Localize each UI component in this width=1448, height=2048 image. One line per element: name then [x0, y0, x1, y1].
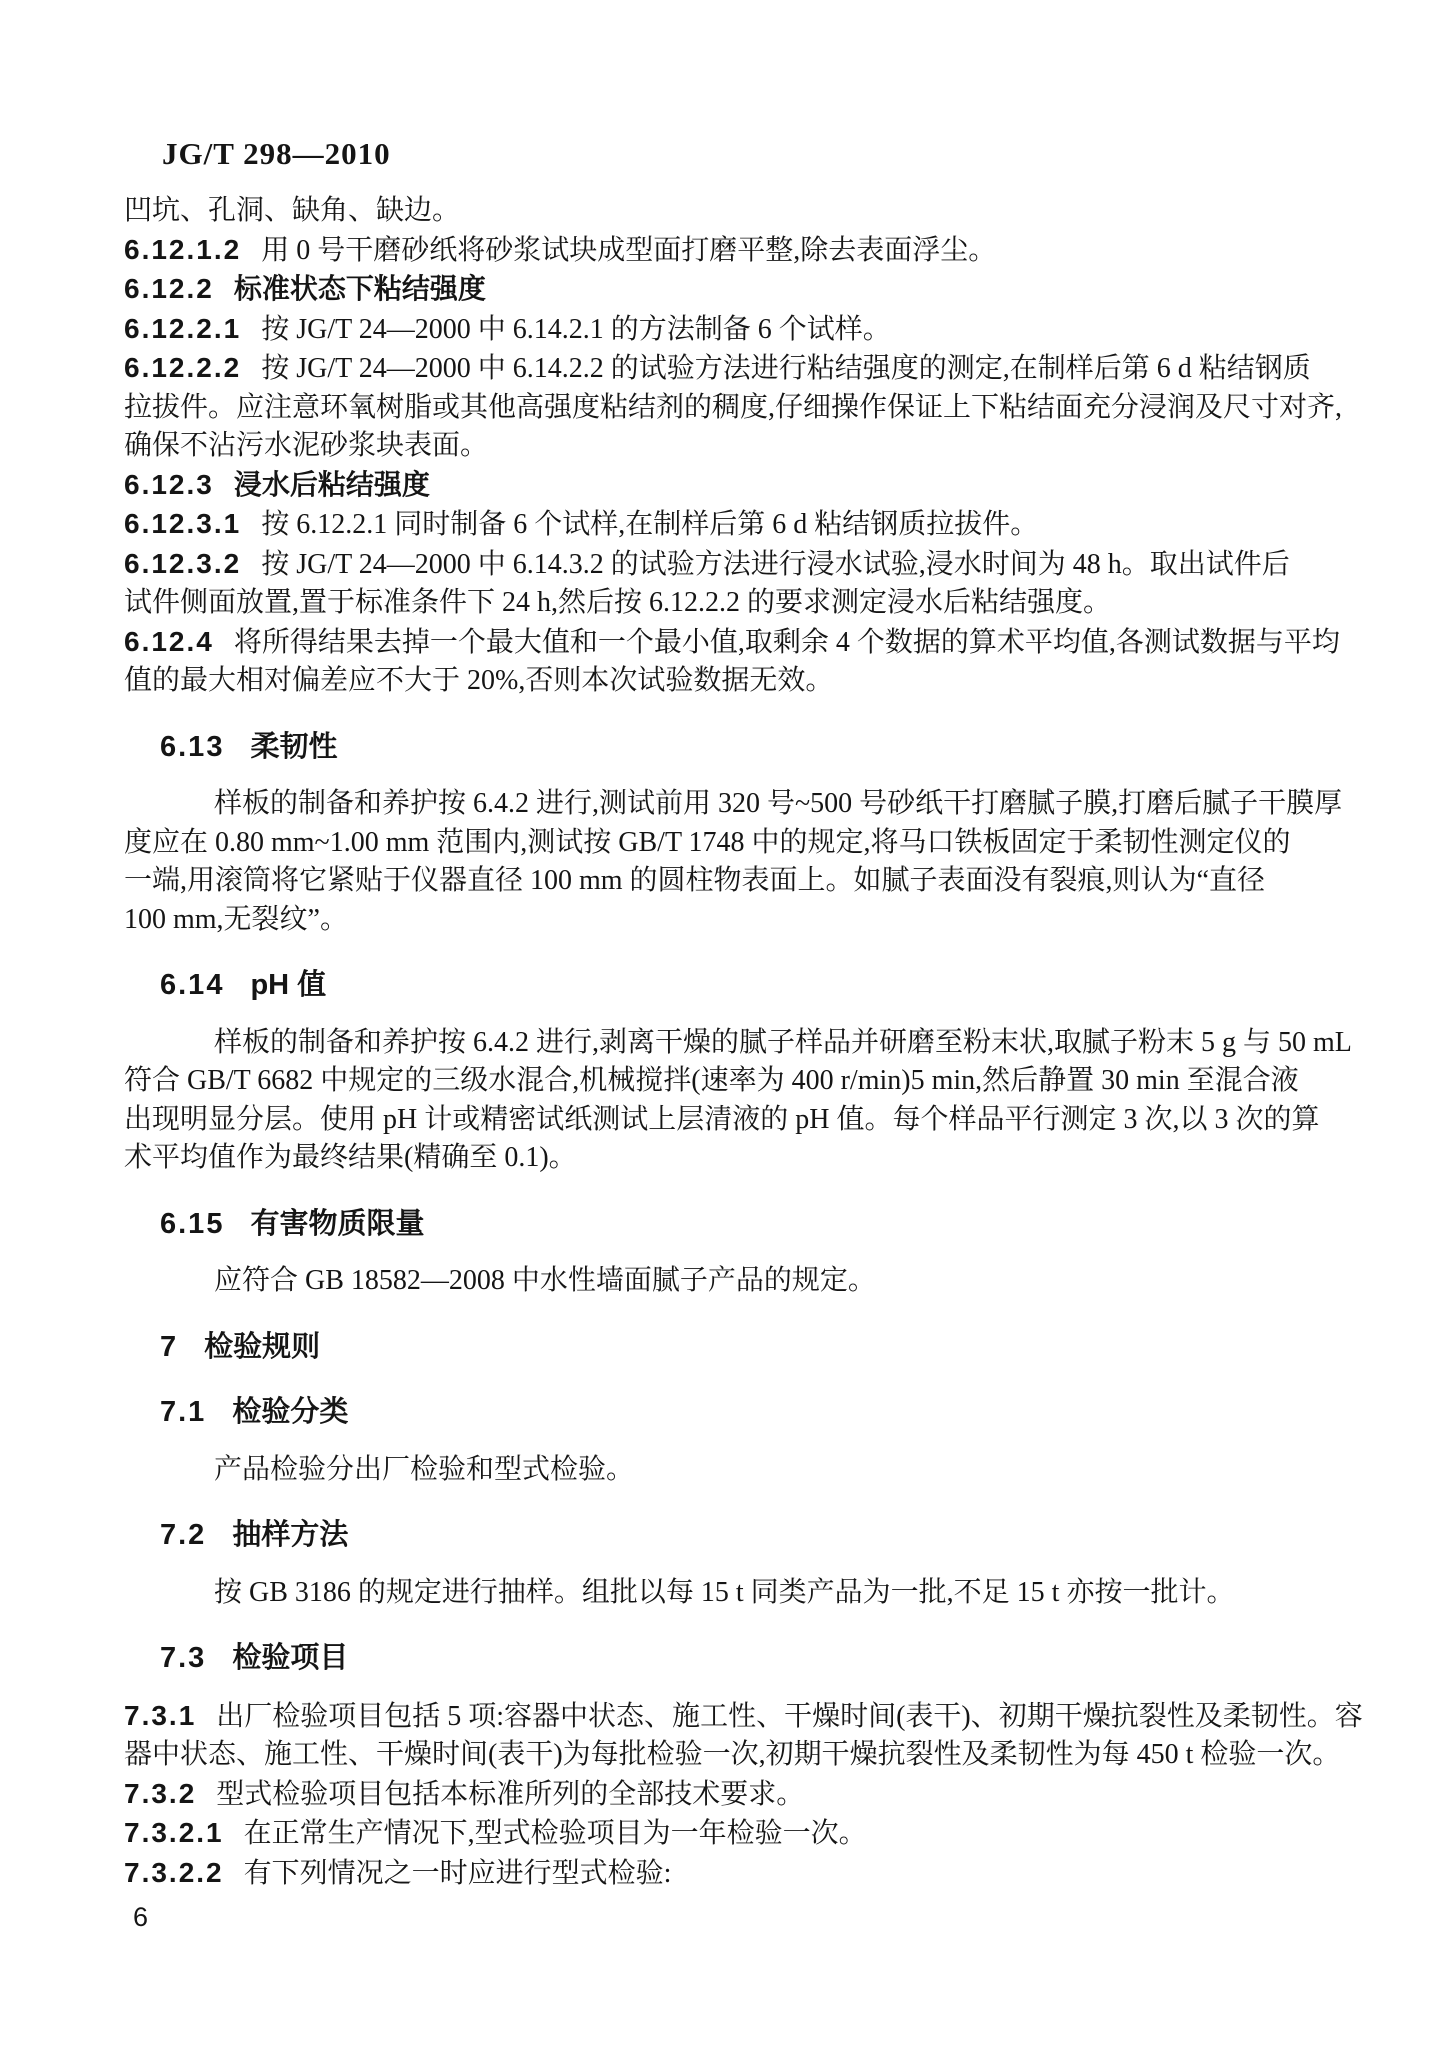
- clause-line: 7.3.2.2有下列情况之一时应进行型式检验:: [124, 1854, 1340, 1894]
- clause-line: 7.3.2型式检验项目包括本标准所列的全部技术要求。: [124, 1775, 1340, 1815]
- line-text: 器中状态、施工性、干燥时间(表干)为每批检验一次,初期干燥抗裂性及柔韧性为每 4…: [124, 1739, 1340, 1770]
- line-text: pH 值: [250, 969, 326, 1001]
- clause-line: 7.3.1出厂检验项目包括 5 项:容器中状态、施工性、干燥时间(表干)、初期干…: [124, 1697, 1340, 1737]
- text-line: 一端,用滚筒将它紧贴于仪器直径 100 mm 的圆柱物表面上。如腻子表面没有裂痕…: [124, 862, 1340, 901]
- line-text: 确保不沾污水泥砂浆块表面。: [124, 430, 488, 461]
- line-text: 产品检验分出厂检验和型式检验。: [214, 1454, 634, 1485]
- document-number-header: JG/T 298—2010: [162, 138, 1340, 170]
- clause-number: 6.12.3: [124, 469, 214, 500]
- line-text: 按 JG/T 24—2000 中 6.14.2.1 的方法制备 6 个试样。: [261, 314, 891, 345]
- line-text: 按 JG/T 24—2000 中 6.14.3.2 的试验方法进行浸水试验,浸水…: [261, 549, 1290, 580]
- clause-line: 6.12.2.2按 JG/T 24—2000 中 6.14.2.2 的试验方法进…: [124, 349, 1340, 389]
- line-text: 术平均值作为最终结果(精确至 0.1)。: [124, 1142, 577, 1173]
- line-text: 检验规则: [204, 1331, 320, 1363]
- clause-number: 6.12.3.1: [124, 508, 241, 539]
- clause-number: 7: [160, 1331, 178, 1363]
- text-line: 样板的制备和养护按 6.4.2 进行,测试前用 320 号~500 号砂纸干打磨…: [124, 785, 1340, 824]
- line-text: 一端,用滚筒将它紧贴于仪器直径 100 mm 的圆柱物表面上。如腻子表面没有裂痕…: [124, 865, 1265, 896]
- line-text: 按 GB 3186 的规定进行抽样。组批以每 15 t 同类产品为一批,不足 1…: [214, 1577, 1234, 1608]
- line-text: 检验项目: [232, 1642, 348, 1674]
- document-body: 凹坑、孔洞、缺角、缺边。 6.12.1.2用 0 号干磨砂纸将砂浆试块成型面打磨…: [124, 192, 1340, 1893]
- line-text: 型式检验项目包括本标准所列的全部技术要求。: [216, 1779, 804, 1810]
- text-line: 值的最大相对偏差应不大于 20%,否则本次试验数据无效。: [124, 662, 1340, 701]
- section-heading: 6.14pH 值: [160, 966, 1340, 1005]
- line-text: 用 0 号干磨砂纸将砂浆试块成型面打磨平整,除去表面浮尘。: [261, 235, 996, 266]
- line-text: 度应在 0.80 mm~1.00 mm 范围内,测试按 GB/T 1748 中的…: [124, 827, 1291, 858]
- section-heading: 6.15有害物质限量: [160, 1205, 1340, 1244]
- text-line: 器中状态、施工性、干燥时间(表干)为每批检验一次,初期干燥抗裂性及柔韧性为每 4…: [124, 1736, 1340, 1775]
- clause-number: 6.12.3.2: [124, 548, 241, 579]
- clause-number: 6.12.2.2: [124, 352, 241, 383]
- clause-number: 6.15: [160, 1208, 224, 1240]
- clause-line: 6.12.2标准状态下粘结强度: [124, 270, 1340, 310]
- line-text: 样板的制备和养护按 6.4.2 进行,测试前用 320 号~500 号砂纸干打磨…: [214, 788, 1342, 819]
- standard-document-page: JG/T 298—2010 凹坑、孔洞、缺角、缺边。 6.12.1.2用 0 号…: [0, 0, 1448, 2048]
- clause-line: 6.12.4将所得结果去掉一个最大值和一个最小值,取剩余 4 个数据的算术平均值…: [124, 623, 1340, 663]
- clause-line: 6.12.3.2按 JG/T 24—2000 中 6.14.3.2 的试验方法进…: [124, 545, 1340, 585]
- clause-number: 7.3.2.2: [124, 1857, 224, 1888]
- line-text: 标准状态下粘结强度: [234, 273, 486, 304]
- line-text: 柔韧性: [250, 731, 337, 763]
- line-text: 试件侧面放置,置于标准条件下 24 h,然后按 6.12.2.2 的要求测定浸水…: [124, 587, 1111, 618]
- section-heading: 7.2抽样方法: [160, 1516, 1340, 1555]
- text-line: 产品检验分出厂检验和型式检验。: [124, 1451, 1340, 1490]
- text-line: 确保不沾污水泥砂浆块表面。: [124, 427, 1340, 466]
- clause-number: 7.1: [160, 1396, 206, 1428]
- clause-number: 7.3: [160, 1642, 206, 1674]
- section-heading: 7.1检验分类: [160, 1393, 1340, 1432]
- line-text: 符合 GB/T 6682 中规定的三级水混合,机械搅拌(速率为 400 r/mi…: [124, 1065, 1299, 1096]
- text-line: 试件侧面放置,置于标准条件下 24 h,然后按 6.12.2.2 的要求测定浸水…: [124, 584, 1340, 623]
- text-line: 凹坑、孔洞、缺角、缺边。: [124, 192, 1340, 231]
- text-line: 度应在 0.80 mm~1.00 mm 范围内,测试按 GB/T 1748 中的…: [124, 824, 1340, 863]
- text-line: 按 GB 3186 的规定进行抽样。组批以每 15 t 同类产品为一批,不足 1…: [124, 1574, 1340, 1613]
- clause-line: 6.12.1.2用 0 号干磨砂纸将砂浆试块成型面打磨平整,除去表面浮尘。: [124, 231, 1340, 271]
- clause-number: 7.2: [160, 1519, 206, 1551]
- clause-line: 6.12.2.1按 JG/T 24—2000 中 6.14.2.1 的方法制备 …: [124, 310, 1340, 350]
- clause-line: 7.3.2.1在正常生产情况下,型式检验项目为一年检验一次。: [124, 1814, 1340, 1854]
- line-text: 拉拔件。应注意环氧树脂或其他高强度粘结剂的稠度,仔细操作保证上下粘结面充分浸润及…: [124, 392, 1342, 423]
- line-text: 有害物质限量: [250, 1208, 424, 1240]
- page-number: 6: [133, 1902, 1340, 1933]
- text-line: 出现明显分层。使用 pH 计或精密试纸测试上层清液的 pH 值。每个样品平行测定…: [124, 1101, 1340, 1140]
- text-line: 符合 GB/T 6682 中规定的三级水混合,机械搅拌(速率为 400 r/mi…: [124, 1062, 1340, 1101]
- section-heading: 6.13柔韧性: [160, 728, 1340, 767]
- clause-number: 6.12.4: [124, 626, 214, 657]
- line-text: 按 6.12.2.1 同时制备 6 个试样,在制样后第 6 d 粘结钢质拉拔件。: [261, 509, 1038, 540]
- line-text: 样板的制备和养护按 6.4.2 进行,剥离干燥的腻子样品并研磨至粉末状,取腻子粉…: [214, 1027, 1352, 1058]
- text-line: 术平均值作为最终结果(精确至 0.1)。: [124, 1139, 1340, 1178]
- clause-number: 6.12.1.2: [124, 234, 241, 265]
- text-line: 拉拔件。应注意环氧树脂或其他高强度粘结剂的稠度,仔细操作保证上下粘结面充分浸润及…: [124, 389, 1340, 428]
- line-text: 100 mm,无裂纹”。: [124, 904, 348, 935]
- text-line: 应符合 GB 18582—2008 中水性墙面腻子产品的规定。: [124, 1262, 1340, 1301]
- page-content: JG/T 298—2010 凹坑、孔洞、缺角、缺边。 6.12.1.2用 0 号…: [124, 138, 1340, 1933]
- section-heading: 7.3检验项目: [160, 1639, 1340, 1678]
- line-text: 出厂检验项目包括 5 项:容器中状态、施工性、干燥时间(表干)、初期干燥抗裂性及…: [216, 1701, 1362, 1732]
- clause-number: 7.3.2: [124, 1778, 196, 1809]
- clause-number: 7.3.2.1: [124, 1817, 224, 1848]
- line-text: 有下列情况之一时应进行型式检验:: [244, 1858, 672, 1889]
- clause-line: 6.12.3.1按 6.12.2.1 同时制备 6 个试样,在制样后第 6 d …: [124, 505, 1340, 545]
- clause-number: 6.13: [160, 731, 224, 763]
- line-text: 按 JG/T 24—2000 中 6.14.2.2 的试验方法进行粘结强度的测定…: [261, 353, 1311, 384]
- clause-number: 7.3.1: [124, 1700, 196, 1731]
- line-text: 浸水后粘结强度: [234, 469, 430, 500]
- clause-number: 6.14: [160, 969, 224, 1001]
- text-line: 100 mm,无裂纹”。: [124, 901, 1340, 940]
- line-text: 检验分类: [232, 1396, 348, 1428]
- section-heading: 7检验规则: [160, 1328, 1340, 1367]
- clause-number: 6.12.2.1: [124, 313, 241, 344]
- text-line: 样板的制备和养护按 6.4.2 进行,剥离干燥的腻子样品并研磨至粉末状,取腻子粉…: [124, 1024, 1340, 1063]
- line-text: 出现明显分层。使用 pH 计或精密试纸测试上层清液的 pH 值。每个样品平行测定…: [124, 1104, 1319, 1135]
- line-text: 在正常生产情况下,型式检验项目为一年检验一次。: [244, 1818, 867, 1849]
- line-text: 值的最大相对偏差应不大于 20%,否则本次试验数据无效。: [124, 665, 833, 696]
- clause-line: 6.12.3浸水后粘结强度: [124, 466, 1340, 506]
- line-text: 抽样方法: [232, 1519, 348, 1551]
- clause-number: 6.12.2: [124, 273, 214, 304]
- line-text: 凹坑、孔洞、缺角、缺边。: [124, 195, 460, 226]
- line-text: 应符合 GB 18582—2008 中水性墙面腻子产品的规定。: [214, 1265, 876, 1296]
- line-text: 将所得结果去掉一个最大值和一个最小值,取剩余 4 个数据的算术平均值,各测试数据…: [234, 627, 1340, 658]
